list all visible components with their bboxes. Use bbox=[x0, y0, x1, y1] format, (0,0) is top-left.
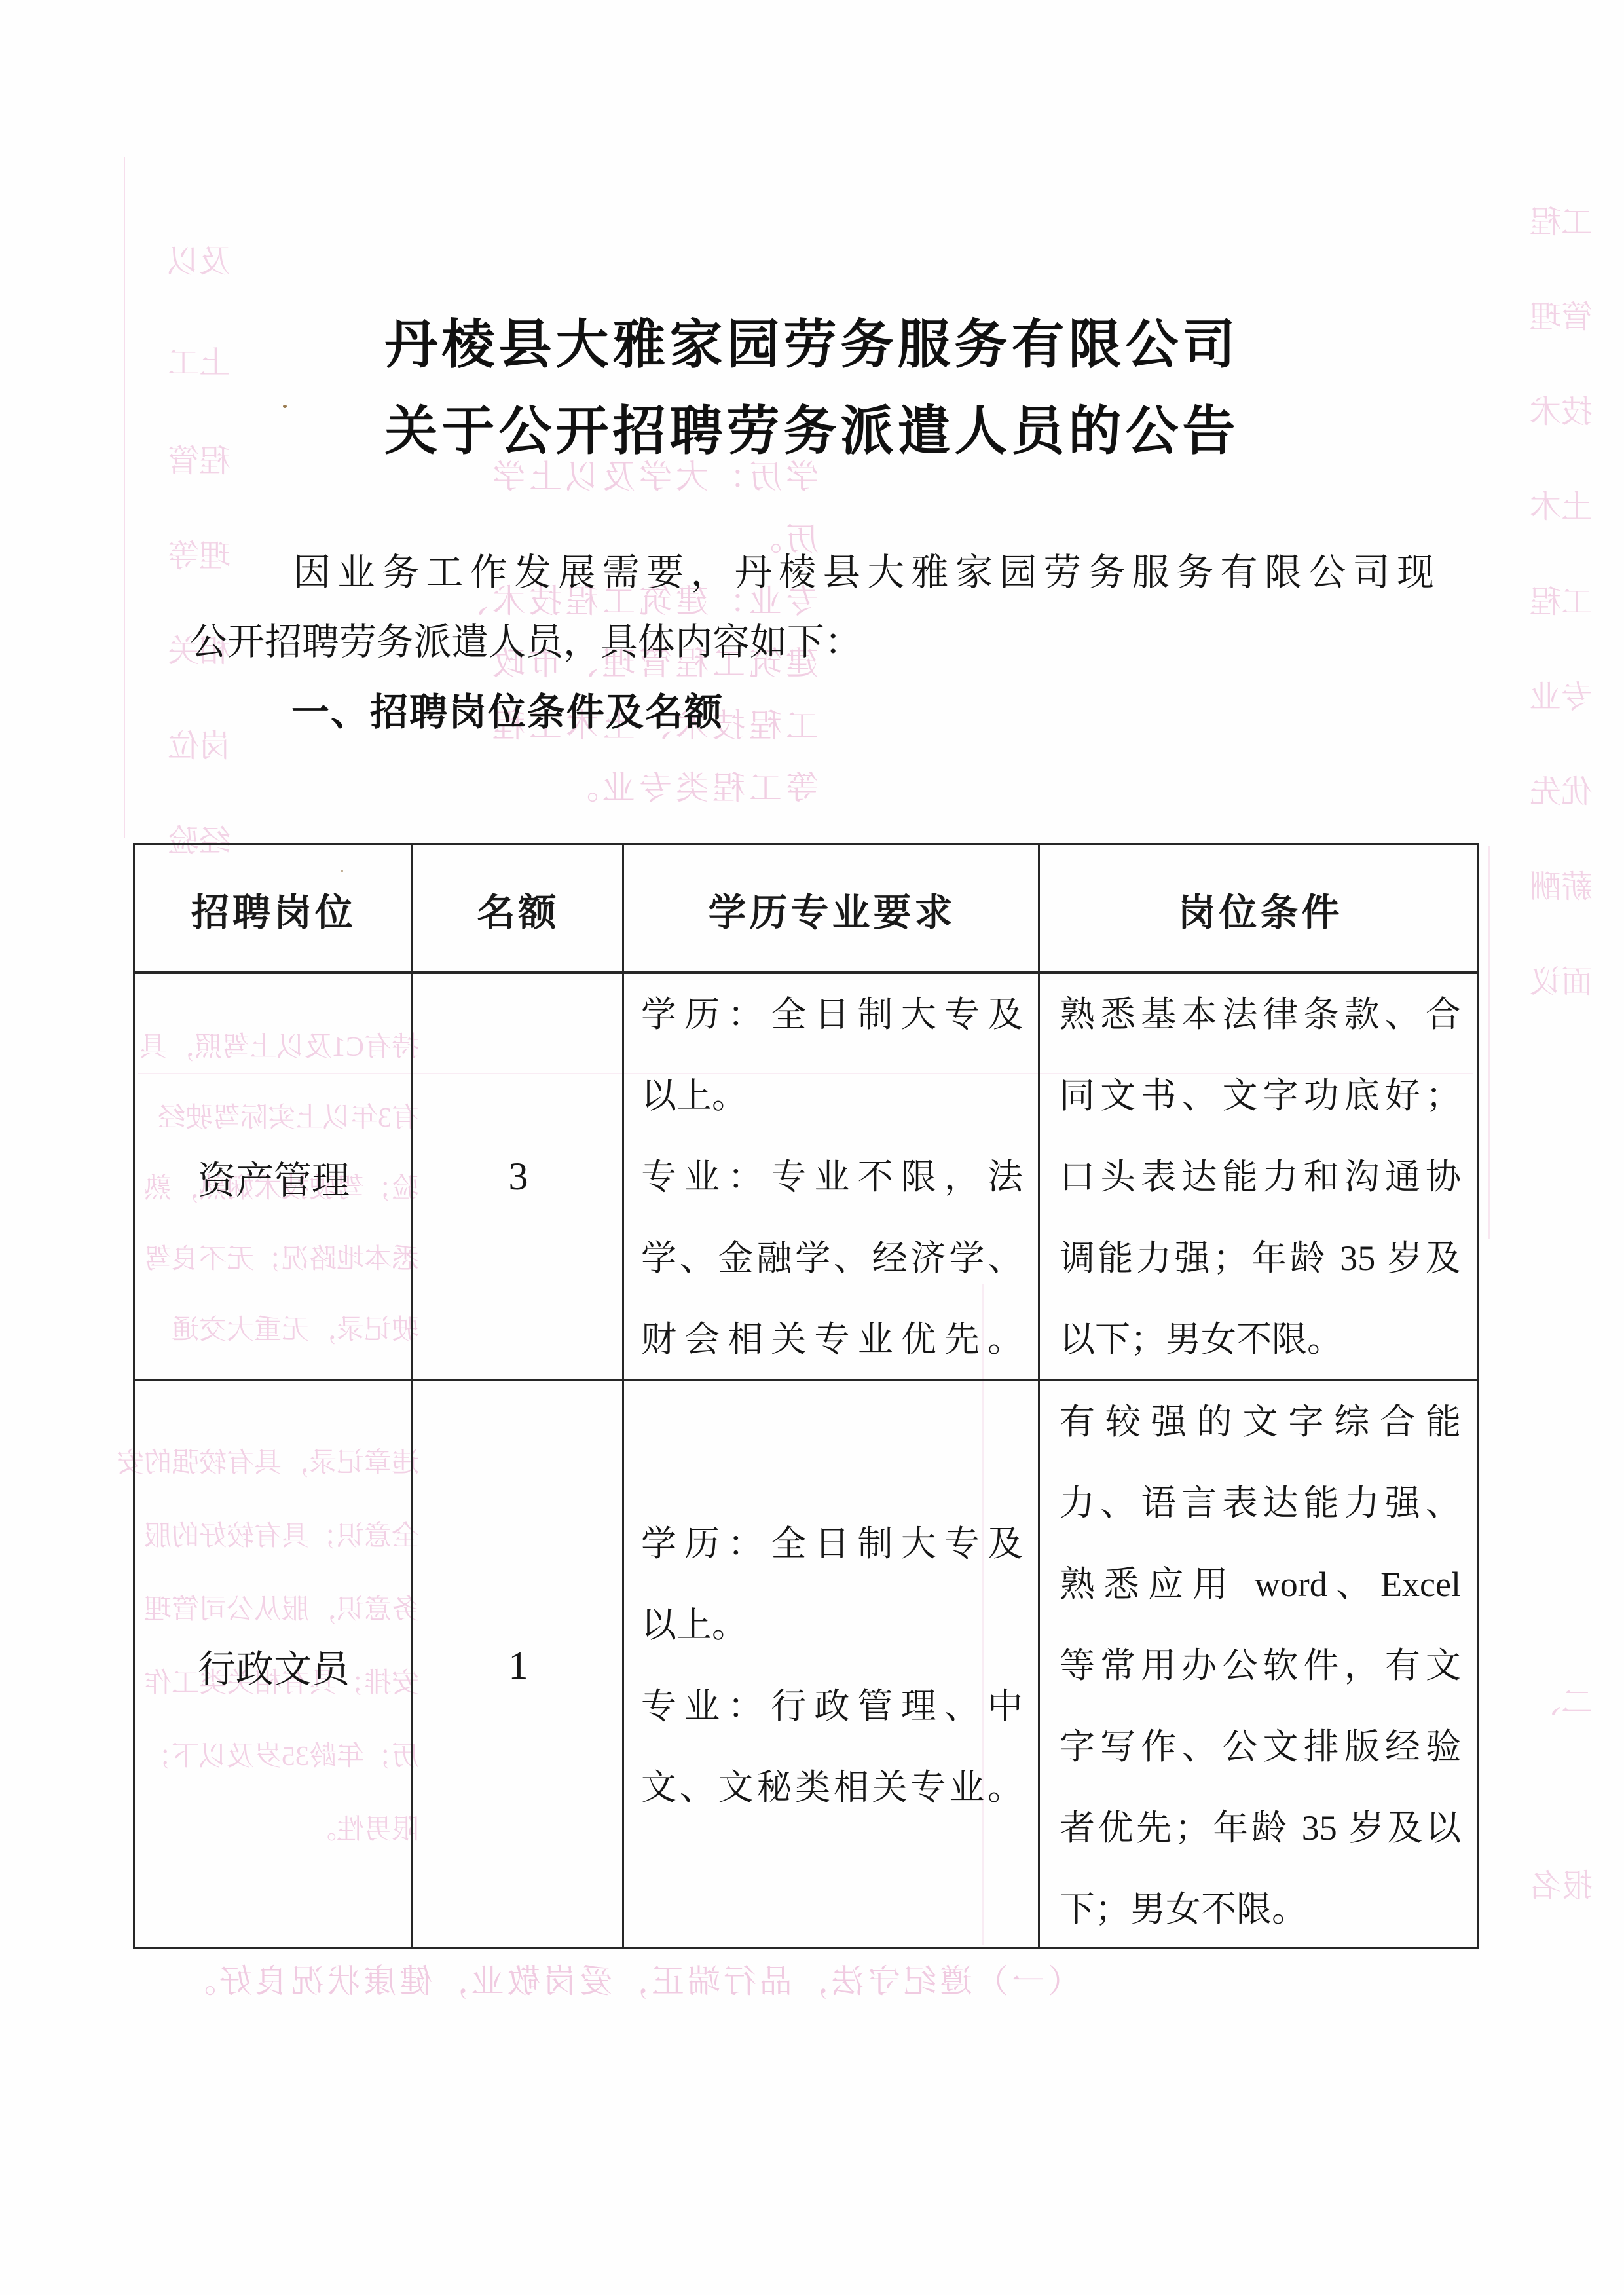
cell-text-line: 以上。 bbox=[641, 1055, 1023, 1136]
bleed-text: 理等 bbox=[152, 531, 231, 576]
document-title-line-1: 丹棱县大雅家园劳务服务有限公司 bbox=[0, 303, 1624, 379]
table-row: 资产管理 bbox=[135, 973, 413, 1381]
table-header-quota: 名额 bbox=[413, 845, 624, 973]
education-cell: 学历：全日制大专及 以上。 专业：专业不限，法 学、金融学、经济学、 财会相关专… bbox=[624, 973, 1040, 1381]
table-row: 行政文员 bbox=[135, 1381, 413, 1950]
cell-text-line: 下；男女不限。 bbox=[1060, 1869, 1461, 1950]
cell-text-line: 以下；男女不限。 bbox=[1060, 1299, 1461, 1380]
bleed-text: 工程 bbox=[1501, 196, 1593, 242]
bleed-vertical-rule bbox=[1488, 846, 1490, 1239]
cell-text-line: 专业：专业不限，法 bbox=[641, 1136, 1023, 1218]
cell-text-line: 学历：全日制大专及 bbox=[641, 974, 1023, 1055]
bleed-text: 专业 bbox=[1501, 671, 1593, 717]
cell-text-line: 专业：行政管理、中 bbox=[641, 1666, 1023, 1747]
table-header-position: 招聘岗位 bbox=[135, 845, 413, 973]
quota-value: 3 bbox=[509, 1154, 528, 1199]
table-row: 1 bbox=[413, 1381, 624, 1950]
bleed-text: （一）遵纪守法，品行端正，爱岗敬业，健康状况良好。 bbox=[282, 1955, 1080, 2002]
quota-value: 1 bbox=[509, 1643, 528, 1689]
cell-text-line: 学历：全日制大专及 bbox=[641, 1503, 1023, 1584]
cell-text-line: 等常用办公软件，有文 bbox=[1060, 1625, 1461, 1706]
bleed-text: 等工程类专业。 bbox=[367, 762, 819, 809]
section-heading: 一、招聘岗位条件及名额 bbox=[291, 681, 724, 736]
cell-text-line: 字写作、公文排版经验 bbox=[1060, 1706, 1461, 1787]
education-cell: 学历：全日制大专及 以上。 专业：行政管理、中 文、文秘类相关专业。 bbox=[624, 1381, 1040, 1950]
cell-text-line: 财会相关专业优先。 bbox=[641, 1299, 1023, 1380]
intro-paragraph-line-1: 因业务工作发展需要，丹棱县大雅家园劳务服务有限公司现 bbox=[293, 538, 1434, 608]
bleed-text: 薪酬 bbox=[1501, 861, 1593, 906]
intro-paragraph-line-2: 公开招聘劳务派遣人员，具体内容如下： bbox=[190, 608, 1434, 677]
table-header-conditions: 岗位条件 bbox=[1040, 845, 1481, 973]
cell-text-line: 同文书、文字功底好； bbox=[1060, 1055, 1461, 1136]
position-name: 行政文员 bbox=[198, 1638, 350, 1693]
position-name: 资产管理 bbox=[198, 1149, 350, 1204]
cell-text-line: 调能力强；年龄 35 岁及 bbox=[1060, 1218, 1461, 1299]
bleed-text: 面议 bbox=[1501, 956, 1593, 1001]
bleed-text: 工程 bbox=[1501, 576, 1593, 622]
cell-text-line: 口头表达能力和沟通协 bbox=[1060, 1136, 1461, 1218]
document-title-line-2: 关于公开招聘劳务派遣人员的公告 bbox=[0, 389, 1624, 465]
bleed-text: 优先 bbox=[1501, 766, 1593, 812]
cell-text-line: 熟悉基本法律条款、合 bbox=[1060, 974, 1461, 1055]
bleed-text: 岗位 bbox=[152, 720, 231, 766]
conditions-cell: 熟悉基本法律条款、合 同文书、文字功底好； 口头表达能力和沟通协 调能力强；年龄… bbox=[1040, 973, 1481, 1381]
cell-text-line: 有较强的文字综合能 bbox=[1060, 1381, 1461, 1463]
table-header-education: 学历专业要求 bbox=[624, 845, 1040, 973]
table-row: 3 bbox=[413, 973, 624, 1381]
cell-text-line: 以上。 bbox=[641, 1584, 1023, 1666]
cell-text-line: 者优先；年龄 35 岁及以 bbox=[1060, 1787, 1461, 1869]
bleed-vertical-rule bbox=[124, 157, 125, 838]
cell-text-line: 学、金融学、经济学、 bbox=[641, 1218, 1023, 1299]
cell-text-line: 熟悉应用 word、Excel bbox=[1060, 1544, 1461, 1625]
bleed-text: 土木 bbox=[1501, 481, 1593, 527]
cell-text-line: 力、语言表达能力强、 bbox=[1060, 1463, 1461, 1544]
document-page: 学历：大学及以上学 历。 专业：建筑工程技术、 建筑工程管理、市政 工程技术、土… bbox=[0, 0, 1624, 2295]
bleed-text: 及以 bbox=[152, 236, 231, 281]
bleed-text: 二、 bbox=[1501, 1677, 1593, 1722]
recruitment-table: 招聘岗位 名额 学历专业要求 岗位条件 资产管理 3 学历：全日制大专及 以上。… bbox=[133, 843, 1479, 1949]
bleed-text: 报名 bbox=[1501, 1860, 1593, 1905]
cell-text-line: 文、文秘类相关专业。 bbox=[641, 1747, 1023, 1828]
conditions-cell: 有较强的文字综合能 力、语言表达能力强、 熟悉应用 word、Excel 等常用… bbox=[1040, 1381, 1481, 1950]
